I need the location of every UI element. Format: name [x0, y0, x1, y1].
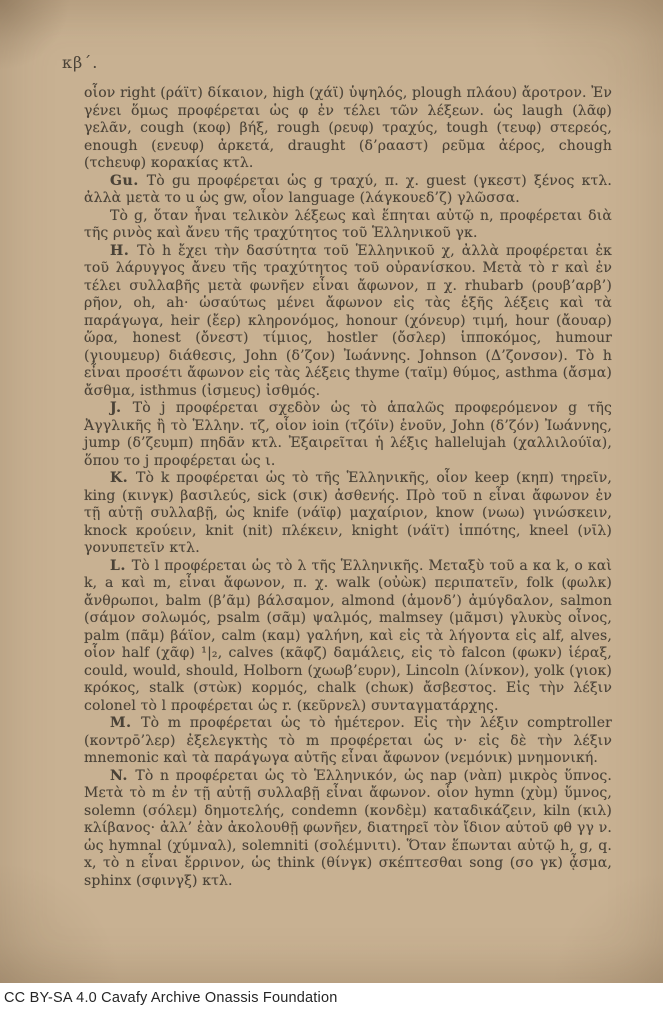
paragraph: Gu. Τὸ gu προφέρεται ὡς g τραχύ, π. χ. g…	[84, 173, 612, 208]
paragraph: H. Τὸ h ἔχει τὴν δασύτητα τοῦ Ἑλληνικοῦ …	[84, 243, 612, 401]
paragraph: N. Τὸ n προφέρεται ὡς τὸ Ἑλληνικόν, ὡς n…	[84, 768, 612, 891]
section-letter: K.	[110, 470, 136, 486]
paragraph: K. Τὸ k προφέρεται ὡς τὸ τῆς Ἑλληνικῆς, …	[84, 470, 612, 558]
book-page-scan: κβ΄. οἷον right (ράϊτ) δίκαιον, high (χά…	[0, 0, 663, 983]
section-letter: J.	[110, 400, 133, 416]
license-attribution-text: CC BY-SA 4.0 Cavafy Archive Onassis Foun…	[0, 990, 337, 1006]
page-number: κβ΄.	[62, 53, 98, 72]
section-letter: H.	[110, 243, 137, 259]
screenshot-stage: κβ΄. οἷον right (ράϊτ) δίκαιον, high (χά…	[0, 0, 663, 1013]
section-letter: L.	[110, 558, 132, 574]
section-letter: M.	[110, 715, 141, 731]
attribution-bar: CC BY-SA 4.0 Cavafy Archive Onassis Foun…	[0, 983, 663, 1013]
section-letter: Gu.	[110, 173, 147, 189]
page-text-block: οἷον right (ράϊτ) δίκαιον, high (χάϊ) ὑψ…	[84, 85, 612, 890]
section-letter: N.	[110, 768, 135, 784]
paragraph: οἷον right (ράϊτ) δίκαιον, high (χάϊ) ὑψ…	[84, 85, 612, 173]
paragraph: Τὸ g, ὅταν ἦναι τελικὸν λέξεως καὶ ἕπητα…	[84, 208, 612, 243]
paragraph: J. Τὸ j προφέρεται σχεδὸν ὡς τὸ ἁπαλῶς π…	[84, 400, 612, 470]
paragraph: L. Τὸ l προφέρεται ὡς τὸ λ τῆς Ἑλληνικῆς…	[84, 558, 612, 716]
paragraph: M. Τὸ m προφέρεται ὡς τὸ ἡμέτερον. Εἰς τ…	[84, 715, 612, 768]
